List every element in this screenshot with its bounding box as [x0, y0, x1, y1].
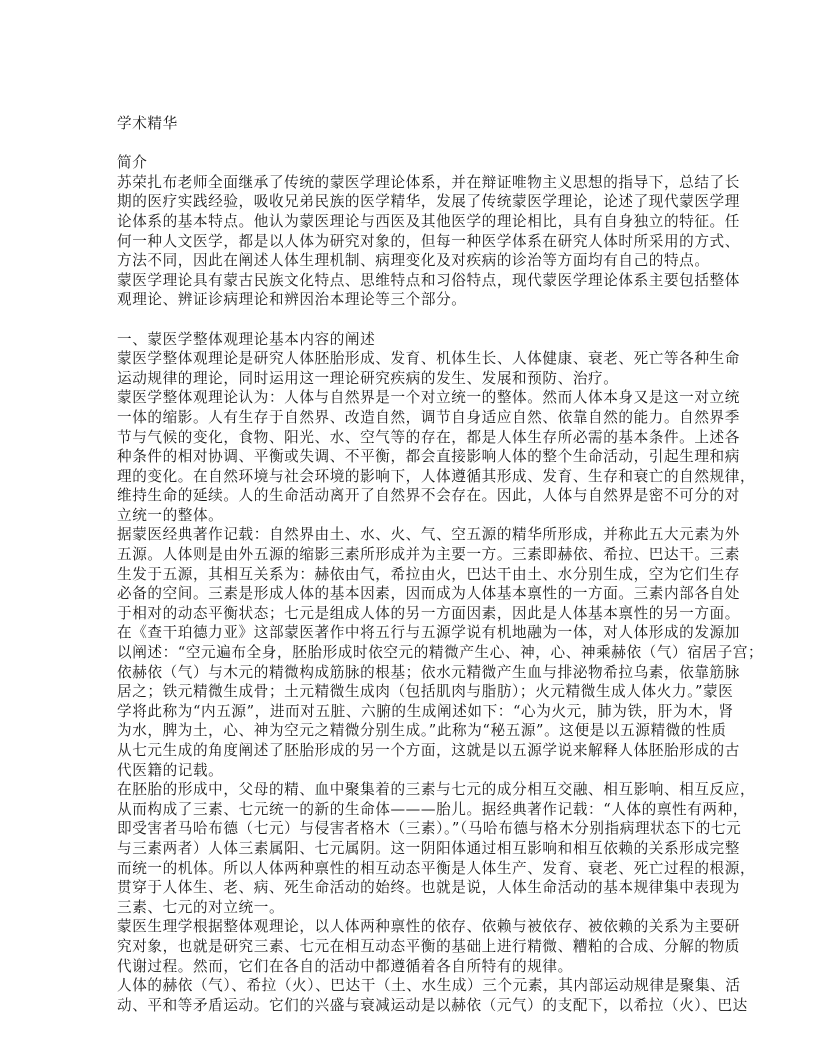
- text-line: 代谢过程。然而，它们在各自的活动中都遵循着各自所特有的规律。: [117, 957, 717, 977]
- intro-paragraphs: 苏荣扎布老师全面继承了传统的蒙医学理论体系，并在辩证唯物主义思想的指导下，总结了…: [117, 173, 717, 310]
- text-line: 必备的空间。三素是形成人体的基本因素，因而成为人体基本禀性的一方面。三素内部各自…: [117, 584, 717, 604]
- text-line: 节与气候的变化，食物、阳光、水、空气等的存在，都是人体生存所必需的基本条件。上述…: [117, 428, 717, 448]
- text-line: 观理论、辨证诊病理论和辨因治本理论等三个部分。: [117, 290, 717, 310]
- text-line: 在《查干珀德力亚》这部蒙医著作中将五行与五源学说有机地融为一体，对人体形成的发源…: [117, 623, 717, 643]
- text-line: 与三素两者）人体三素属阳、七元属阴。这一阴阳体通过相互影响和相互依赖的关系形成完…: [117, 839, 717, 859]
- text-line: 维持生命的延续。人的生命活动离开了自然界不会存在。因此，人体与自然界是密不可分的…: [117, 486, 717, 506]
- text-line: 人体的赫依（气）、希拉（火）、巴达干（土、水生成）三个元素，其内部运动规律是聚集…: [117, 976, 717, 996]
- text-line: 生发于五源，其相互关系为：赫依由气，希拉由火，巴达干由土、水分别生成，空为它们生…: [117, 565, 717, 585]
- text-line: 动、平和等矛盾运动。它们的兴盛与衰减运动是以赫依（元气）的支配下，以希拉（火）、…: [117, 996, 717, 1016]
- text-line: 即受害者马哈布德（七元）与侵害者格木（三素）。”（马哈布德与格木分别指病理状态下…: [117, 819, 717, 839]
- text-line: 究对象，也就是研究三素、七元在相互动态平衡的基础上进行精微、糟粕的合成、分解的物…: [117, 937, 717, 957]
- section-body: 蒙医学整体观理论是研究人体胚胎形成、发育、机体生长、人体健康、衰老、死亡等各种生…: [117, 349, 717, 1015]
- text-line: 于相对的动态平衡状态；七元是组成人体的另一方面因素，因此是人体基本禀性的另一方面…: [117, 604, 717, 624]
- text-line: 蒙医生理学根据整体观理论，以人体两种禀性的依存、依赖与被依存、被依赖的关系为主要…: [117, 917, 717, 937]
- text-line: 据蒙医经典著作记载：自然界由土、水、火、气、空五源的精华所形成，并称此五大元素为…: [117, 525, 717, 545]
- text-line: 苏荣扎布老师全面继承了传统的蒙医学理论体系，并在辩证唯物主义思想的指导下，总结了…: [117, 173, 717, 193]
- text-line: 运动规律的理论，同时运用这一理论研究疾病的发生、发展和预防、治疗。: [117, 369, 717, 389]
- text-line: 以阐述：“空元遍布全身，胚胎形成时依空元的精微产生心、神，心、神乘赫依（气）宿居…: [117, 643, 717, 663]
- text-line: 论体系的基本特点。他认为蒙医理论与西医及其他医学的理论相比，具有自身独立的特征。…: [117, 212, 717, 232]
- section-label: 学术精华: [117, 114, 717, 134]
- document-page: 学术精华 简介 苏荣扎布老师全面继承了传统的蒙医学理论体系，并在辩证唯物主义思想…: [117, 114, 717, 1015]
- text-line: 学将此称为“内五源”，进而对五脏、六腑的生成阐述如下：“心为火元，肺为铁，肝为木…: [117, 702, 717, 722]
- text-line: 为水，脾为土，心、神为空元之精微分别生成。”此称为“秘五源”。这便是以五源精微的…: [117, 721, 717, 741]
- text-line: 五源。人体则是由外五源的缩影三素所形成并为主要一方。三素即赫依、希拉、巴达干。三…: [117, 545, 717, 565]
- text-line: 种条件的相对协调、平衡或失调、不平衡，都会直接影响人体的整个生命活动，引起生理和…: [117, 447, 717, 467]
- text-line: 期的医疗实践经验，吸收兄弟民族的医学精华，发展了传统蒙医学理论，论述了现代蒙医学…: [117, 192, 717, 212]
- text-line: 蒙医学整体观理论是研究人体胚胎形成、发育、机体生长、人体健康、衰老、死亡等各种生…: [117, 349, 717, 369]
- text-line: 三素、七元的对立统一。: [117, 898, 717, 918]
- section-heading: 一、蒙医学整体观理论基本内容的阐述: [117, 330, 717, 350]
- text-line: 从七元生成的角度阐述了胚胎形成的另一个方面，这就是以五源学说来解释人体胚胎形成的…: [117, 741, 717, 761]
- text-line: 而统一的机体。所以人体两种禀性的相互动态平衡是人体生产、发育、衰老、死亡过程的根…: [117, 859, 717, 879]
- intro-heading: 简介: [117, 153, 717, 173]
- text-line: 一体的缩影。人有生存于自然界、改造自然，调节自身适应自然、依靠自然的能力。自然界…: [117, 408, 717, 428]
- text-line: 蒙医学理论具有蒙古民族文化特点、思维特点和习俗特点，现代蒙医学理论体系主要包括整…: [117, 271, 717, 291]
- text-line: 贯穿于人体生、老、病、死生命活动的始终。也就是说，人体生命活动的基本规律集中表现…: [117, 878, 717, 898]
- text-line: 蒙医学整体观理论认为：人体与自然界是一个对立统一的整体。然而人体本身又是这一对立…: [117, 388, 717, 408]
- text-line: 从而构成了三素、七元统一的新的生命体———胎儿。据经典著作记载：“人体的禀性有两…: [117, 800, 717, 820]
- text-line: 何一种人文医学，都是以人体为研究对象的，但每一种医学体系在研究人体时所采用的方式…: [117, 232, 717, 252]
- text-line: 立统一的整体。: [117, 506, 717, 526]
- text-line: 依赫依（气）与木元的精微构成筋脉的根基；依水元精微产生血与排泌物希拉乌素，依靠筋…: [117, 663, 717, 683]
- spacer: [117, 310, 717, 330]
- text-line: 在胚胎的形成中，父母的精、血中聚集着的三素与七元的成分相互交融、相互影响、相互反…: [117, 780, 717, 800]
- text-line: 居之；铁元精微生成骨；土元精微生成肉（包括肌肉与脂肪）；火元精微生成人体火力。”…: [117, 682, 717, 702]
- text-line: 代医籍的记载。: [117, 761, 717, 781]
- spacer: [117, 134, 717, 154]
- text-line: 方法不同，因此在阐述人体生理机制、病理变化及对疾病的诊治等方面均有自己的特点。: [117, 251, 717, 271]
- text-line: 理的变化。在自然环境与社会环境的影响下，人体遵循其形成、发育、生存和衰亡的自然规…: [117, 467, 717, 487]
